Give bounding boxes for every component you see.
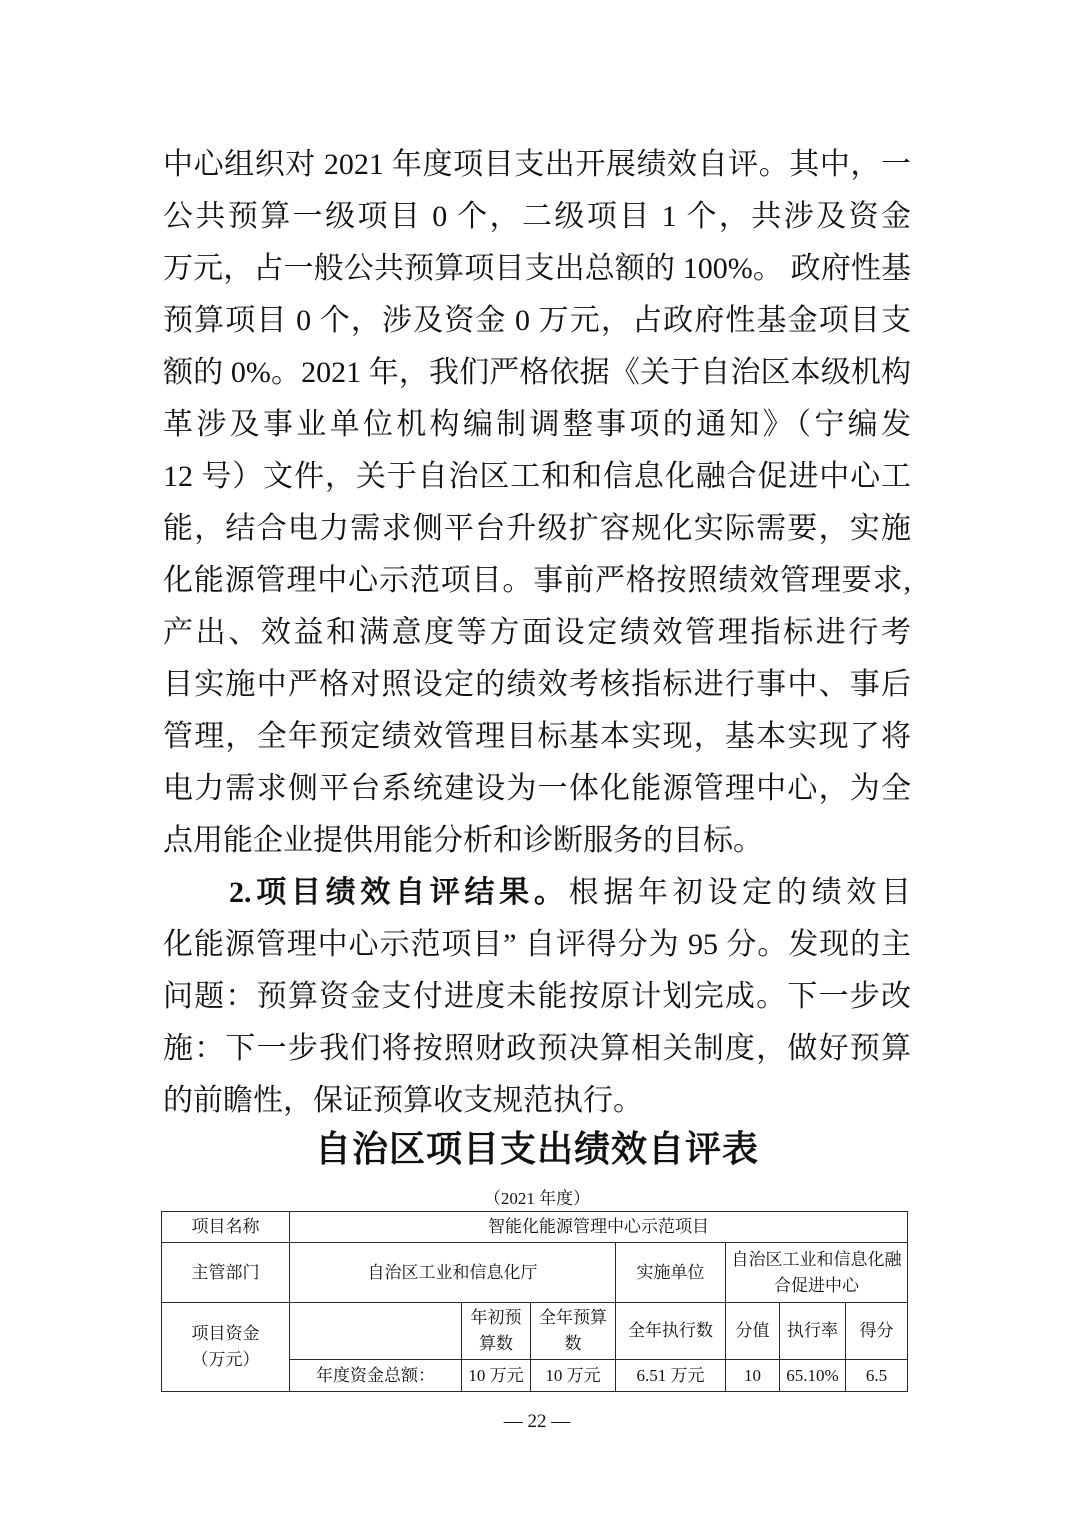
header-execution-rate: 执行率: [780, 1303, 846, 1360]
paragraph-1-line: 点用能企业提供用能分析和诊断服务的目标。: [163, 815, 911, 867]
table-row: 主管部门 自治区工业和信息化厅 实施单位 自治区工业和信息化融合促进中心: [162, 1243, 908, 1303]
paragraph-2: 2.项目绩效自评结果。根据年初设定的绩效目标，“智能 化能源管理中心示范项目” …: [163, 867, 911, 1127]
header-weight: 分值: [726, 1303, 780, 1360]
paragraph-2-line: 2.项目绩效自评结果。根据年初设定的绩效目标，“智能: [163, 867, 911, 919]
project-funds-label-line2: （万元）: [166, 1347, 285, 1373]
table-title: 自治区项目支出绩效自评表: [163, 1127, 911, 1171]
paragraph-2-line: 的前瞻性，保证预算收支规范执行。: [163, 1075, 911, 1127]
paragraph-2-line: 施：下一步我们将按照财政预决算相关制度，做好预算工作: [163, 1023, 911, 1075]
header-annual-execution: 全年执行数: [616, 1303, 726, 1360]
paragraph-1-line: 额的 0%。2021 年，我们严格依据《关于自治区本级机构改: [163, 347, 911, 399]
paragraph-2-line: 问题：预算资金支付进度未能按原计划完成。下一步改进措: [163, 971, 911, 1023]
funds-row-weight: 10: [726, 1360, 780, 1392]
page-number: — 22 —: [0, 1410, 1074, 1434]
paragraph-1-line: 革涉及事业单位机构编制调整事项的通知》（宁编发〔2019〕: [163, 399, 911, 451]
table-row: 项目资金 （万元） 年初预算数 全年预算数 全年执行数 分值 执行率 得分: [162, 1303, 908, 1360]
funds-row-score: 6.5: [846, 1360, 908, 1392]
paragraph-1-line: 12 号）文件，关于自治区工和和信息化融合促进中心工作职: [163, 451, 911, 503]
paragraph-1-line: 预算项目 0 个，涉及资金 0 万元，占政府性基金项目支出总: [163, 295, 911, 347]
paragraph-1-line: 管理，全年预定绩效管理目标基本实现，基本实现了将原有: [163, 711, 911, 763]
header-initial-budget: 年初预算数: [462, 1303, 531, 1360]
paragraph-1-line: 电力需求侧平台系统建设为一体化能源管理中心，为全区重: [163, 763, 911, 815]
table-row: 项目名称 智能化能源管理中心示范项目: [162, 1212, 908, 1243]
implementing-unit-label: 实施单位: [616, 1243, 726, 1303]
header-annual-budget: 全年预算数: [531, 1303, 616, 1360]
paragraph-1-line: 能，结合电力需求侧平台升级扩容规化实际需要，实施智能: [163, 503, 911, 555]
table-subtitle: （2021 年度）: [163, 1187, 911, 1211]
paragraph-1-line: 万元，占一般公共预算项目支出总额的 100%。 政府性基金: [163, 243, 911, 295]
header-score: 得分: [846, 1303, 908, 1360]
paragraph-1: 中心组织对 2021 年度项目支出开展绩效自评。其中，一般 公共预算一级项目 0…: [163, 139, 911, 867]
empty-cell: [290, 1303, 462, 1360]
paragraph-1-line: 中心组织对 2021 年度项目支出开展绩效自评。其中，一般: [163, 139, 911, 191]
funds-row-annual-budget: 10 万元: [531, 1360, 616, 1392]
funds-row-label: 年度资金总额：: [290, 1360, 462, 1392]
project-funds-label: 项目资金 （万元）: [162, 1303, 290, 1392]
funds-row-execution-rate: 65.10%: [780, 1360, 846, 1392]
paragraph-1-line: 目实施中严格对照设定的绩效考核指标进行事中、事后绩效: [163, 659, 911, 711]
paragraph-1-line: 产出、效益和满意度等方面设定绩效管理指标进行考核。项: [163, 607, 911, 659]
paragraph-2-bold-lead: 2.项目绩效自评结果。: [229, 876, 569, 909]
project-name-value: 智能化能源管理中心示范项目: [290, 1212, 908, 1243]
paragraph-1-line: 化能源管理中心示范项目。事前严格按照绩效管理要求,从: [163, 555, 911, 607]
funds-row-annual-execution: 6.51 万元: [616, 1360, 726, 1392]
project-name-label: 项目名称: [162, 1212, 290, 1243]
department-value: 自治区工业和信息化厅: [290, 1243, 616, 1303]
self-evaluation-table: 项目名称 智能化能源管理中心示范项目 主管部门 自治区工业和信息化厅 实施单位 …: [161, 1211, 908, 1392]
paragraph-2-line: 化能源管理中心示范项目” 自评得分为 95 分。发现的主要: [163, 919, 911, 971]
document-content: 中心组织对 2021 年度项目支出开展绩效自评。其中，一般 公共预算一级项目 0…: [163, 139, 911, 1392]
funds-row-initial-budget: 10 万元: [462, 1360, 531, 1392]
project-funds-label-line1: 项目资金: [166, 1321, 285, 1347]
paragraph-1-line: 公共预算一级项目 0 个，二级项目 1 个，共涉及资金 10.00: [163, 191, 911, 243]
document-page: 中心组织对 2021 年度项目支出开展绩效自评。其中，一般 公共预算一级项目 0…: [0, 0, 1074, 1520]
implementing-unit-value: 自治区工业和信息化融合促进中心: [726, 1243, 908, 1303]
department-label: 主管部门: [162, 1243, 290, 1303]
